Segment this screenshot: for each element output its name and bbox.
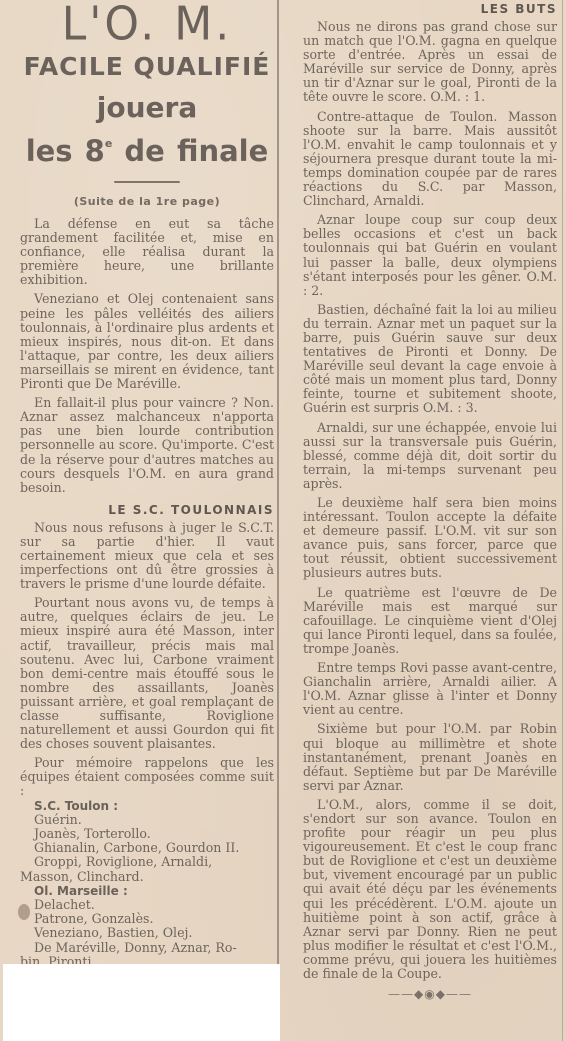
headline-rule [114, 181, 180, 183]
lineup-line: Patrone, Gonzalès. [34, 912, 274, 926]
headline-line-4: les 8e de finale [20, 126, 274, 169]
continuation-note: (Suite de la 1re page) [20, 195, 274, 208]
paragraph: Nous ne dirons pas grand chose sur un ma… [303, 20, 557, 105]
lineup-line: Ghianalin, Carbone, Gourdon II. [34, 841, 274, 855]
left-column: L'O. M. FACILE QUALIFIÉ jouera les 8e de… [20, 0, 274, 969]
paragraph: Sixième but pour l'O.M. par Robin qui bl… [303, 722, 557, 792]
lineup-line: Groppi, Roviglione, Arnaldi, [34, 855, 274, 869]
lineup-line: Veneziano, Bastien, Olej. [34, 926, 274, 940]
lineup-line: Joanès, Torterollo. [34, 827, 274, 841]
blank-cutout [3, 964, 280, 1041]
paragraph: Le quatrième est l'œuvre de De Maréville… [303, 586, 557, 656]
lineup-line: Delachet. [34, 898, 274, 912]
headline: L'O. M. FACILE QUALIFIÉ jouera les 8e de… [20, 2, 274, 183]
headline-line-3: jouera [20, 90, 274, 126]
paragraph: Entre temps Rovi passe avant-centre, Gia… [303, 661, 557, 717]
lineup-line: De Maréville, Donny, Aznar, Ro- [34, 941, 274, 955]
page-edge [562, 0, 563, 1041]
paragraph: Contre-attaque de Toulon. Masson shoote … [303, 110, 557, 209]
ornament-divider: ——◆◉◆—— [303, 987, 557, 1001]
paragraph: Nous nous refusons à juger le S.C.T. sur… [20, 521, 274, 591]
paragraph: La défense en eut sa tâche grandement fa… [20, 217, 274, 287]
paragraph: L'O.M., alors, comme il se doit, s'endor… [303, 798, 557, 981]
lineup-marseille: Ol. Marseille : Delachet. Patrone, Gonza… [20, 884, 274, 969]
paper-stain [18, 904, 30, 920]
paragraph: En fallait-il plus pour vaincre ? Non. A… [20, 396, 274, 495]
column-divider [277, 0, 279, 1041]
lineup-toulon: S.C. Toulon : Guérin. Joanès, Torterollo… [20, 799, 274, 884]
subheading-sct: LE S.C. TOULONNAIS [20, 503, 274, 517]
headline-line-1: L'O. M. [20, 1, 274, 49]
right-column: LES BUTS Nous ne dirons pas grand chose … [303, 0, 557, 1001]
newspaper-page: L'O. M. FACILE QUALIFIÉ jouera les 8e de… [0, 0, 566, 1041]
paragraph: Arnaldi, sur une échappée, envoie lui au… [303, 421, 557, 491]
lineup-line: Masson, Clinchard. [20, 870, 274, 884]
paragraph: Pour mémoire rappelons que les équipes é… [20, 756, 274, 798]
paragraph: Veneziano et Olej contenaient sans peine… [20, 292, 274, 391]
team-name: S.C. Toulon : [34, 799, 274, 813]
team-name: Ol. Marseille : [34, 884, 274, 898]
paragraph: Pourtant nous avons vu, de temps à autre… [20, 596, 274, 751]
paragraph: Aznar loupe coup sur coup deux belles oc… [303, 213, 557, 298]
paragraph: Le deuxième half sera bien moins intéres… [303, 496, 557, 581]
paragraph: Bastien, déchaîné fait la loi au milieu … [303, 303, 557, 416]
goals-paragraphs: Nous ne dirons pas grand chose sur un ma… [303, 20, 557, 981]
lineup-line: Guérin. [34, 813, 274, 827]
headline-line-2: FACILE QUALIFIÉ [20, 50, 274, 84]
subheading-buts: LES BUTS [303, 2, 557, 16]
